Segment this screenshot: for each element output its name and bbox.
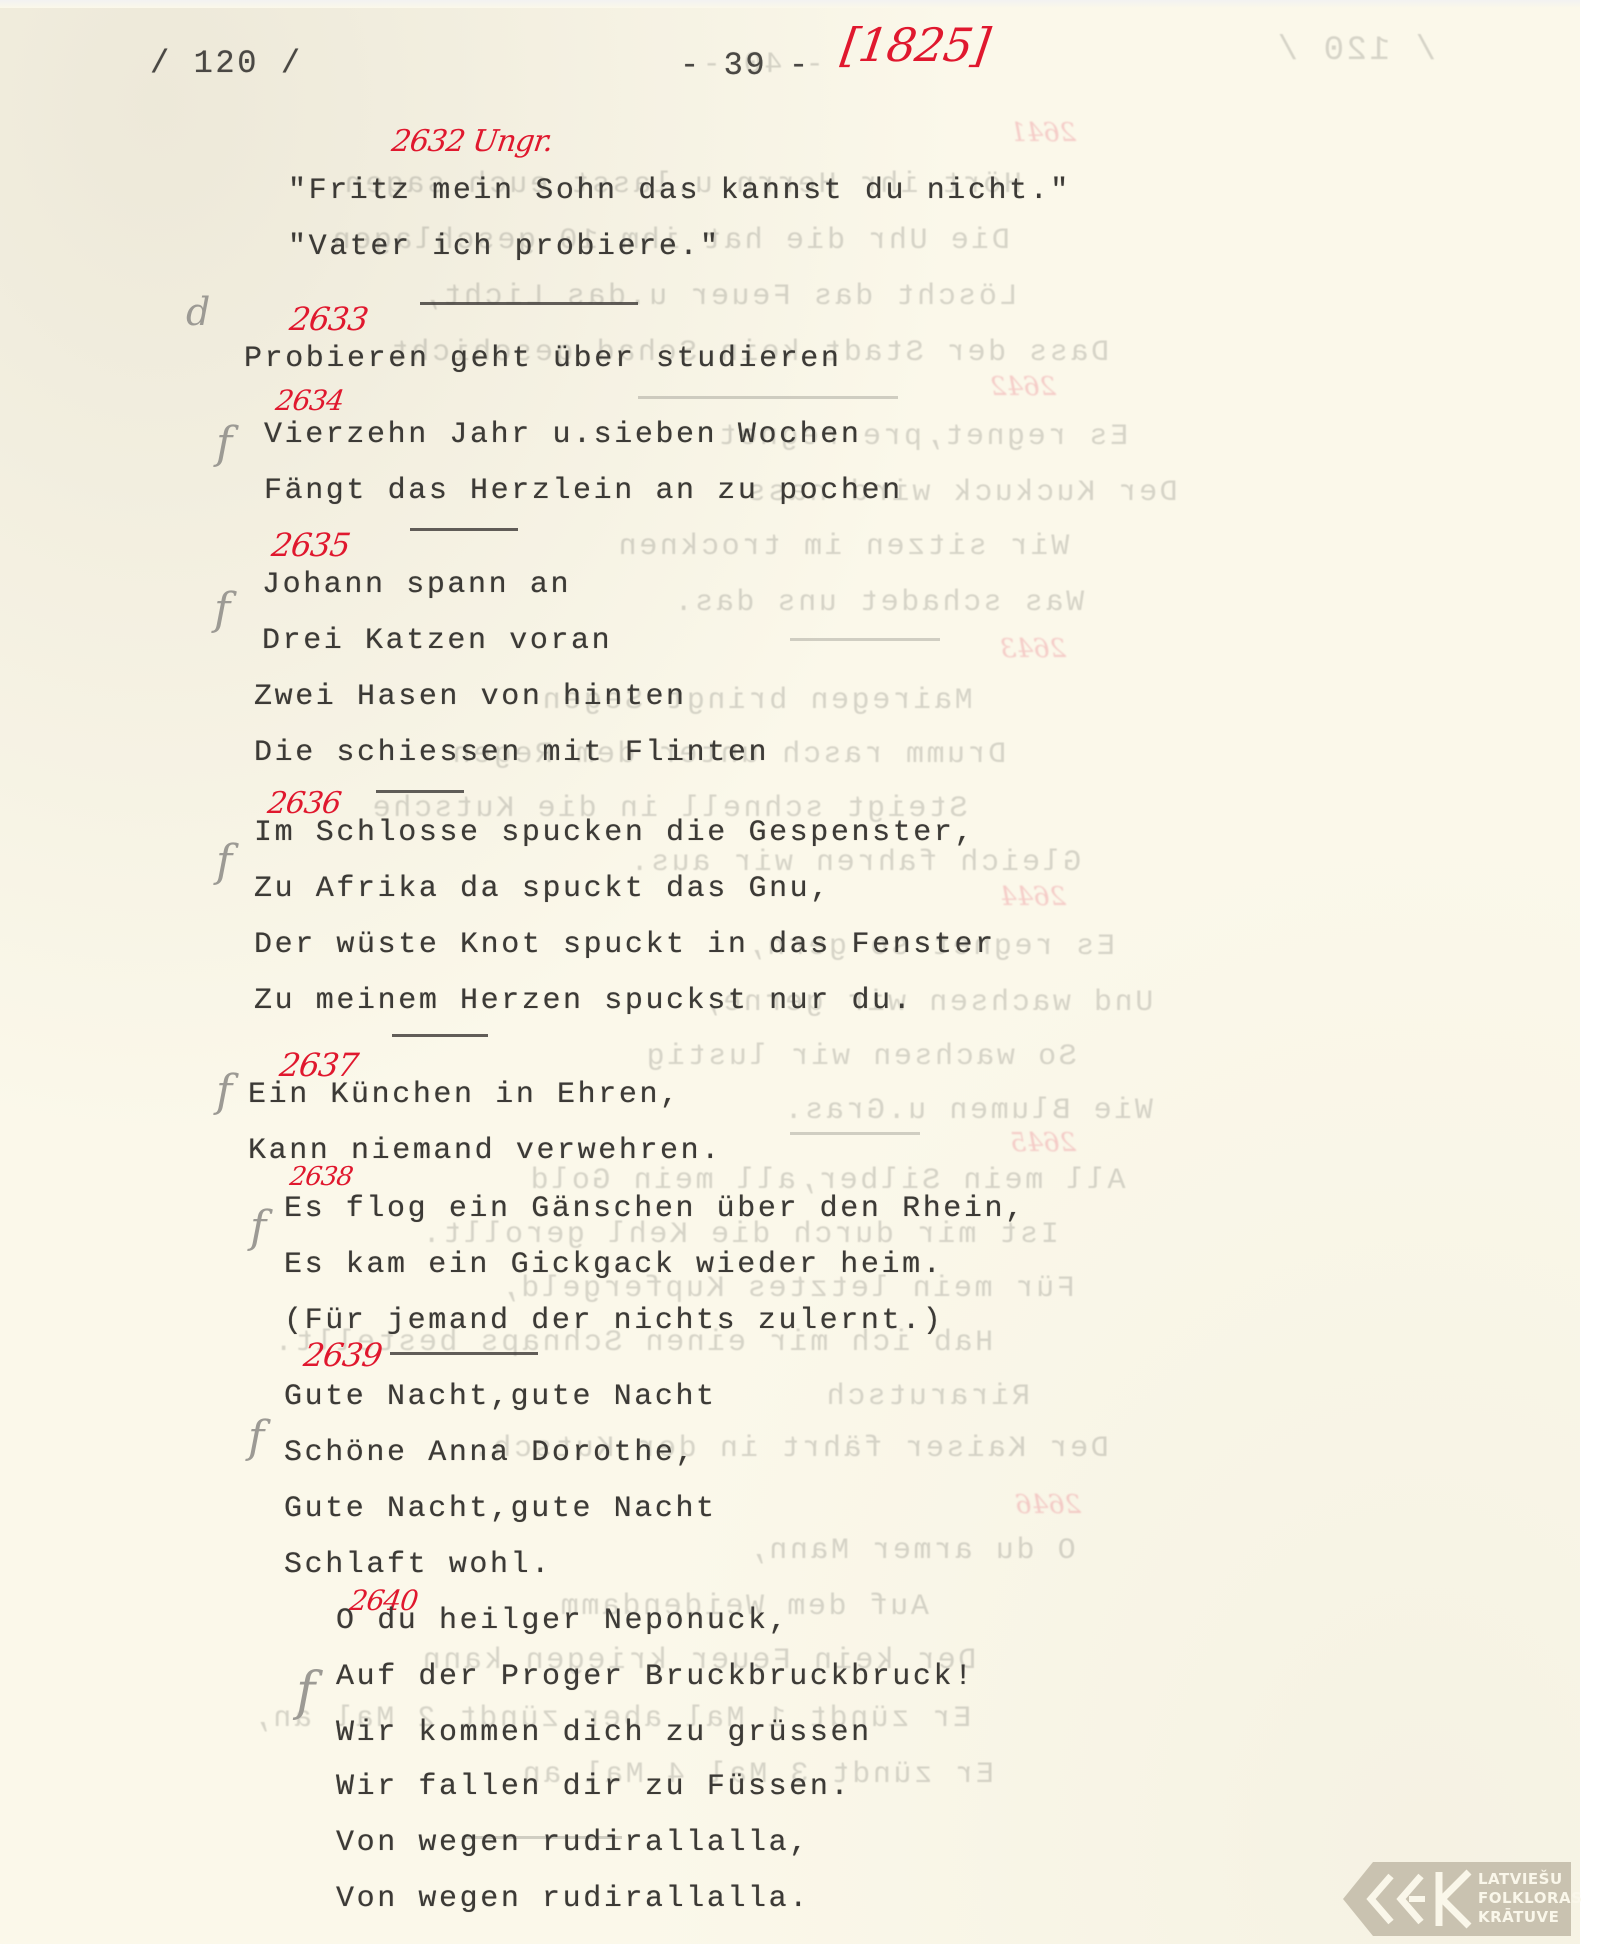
bleed-red-number: 2644 [1000, 882, 1066, 912]
entry-2639-line-3: Gute Nacht,gute Nacht [284, 1494, 717, 1524]
entry-2635-line-4: Die schiessen mit Flinten [254, 738, 769, 768]
bleed-line: Was schadet uns das. [672, 586, 1084, 620]
separator-rule [376, 790, 464, 793]
entry-2634-line-2: Fängt das Herzlein an zu pochen [264, 476, 903, 506]
entry-number-2639: 2639 [301, 1336, 384, 1374]
margin-mark-2633: d [186, 290, 210, 334]
entry-2639-line-1: Gute Nacht,gute Nacht [284, 1382, 717, 1412]
separator-rule [390, 1352, 538, 1355]
entry-2636-line-2: Zu Afrika da spuckt das Gnu, [254, 874, 831, 904]
bleed-rule [638, 396, 898, 399]
entry-2640-line-3: Wir kommen dich zu grüssen [336, 1718, 872, 1748]
logo-line-1: LATVIEŠU [1478, 1870, 1582, 1889]
entry-number-2633: 2633 [287, 300, 370, 338]
entry-2640-line-5: Von wegen rudirallalla, [336, 1828, 810, 1858]
page-reference: / 120 / [150, 48, 303, 80]
entry-2636-line-1: Im Schlosse spucken die Gespenster, [254, 818, 975, 848]
margin-mark-2634: f [216, 418, 232, 469]
entry-2635-line-2: Drei Katzen voran [262, 626, 612, 656]
bleed-line: Löscht das Feuer u.das Licht, [420, 280, 1018, 314]
entry-2634-line-1: Vierzehn Jahr u.sieben Wochen [264, 420, 862, 450]
entry-2635-line-3: Zwei Hasen von hinten [254, 682, 687, 712]
entry-2637-line-1: Ein Künchen in Ehren, [248, 1080, 681, 1110]
entry-number-2634: 2634 [274, 384, 346, 417]
entry-2638-line-2: Es kam ein Gickgack wieder heim. [284, 1250, 943, 1280]
margin-mark-2635: f [214, 584, 230, 635]
separator-rule [420, 302, 638, 305]
page-top-edge [0, 0, 1580, 8]
entry-2640-line-4: Wir fallen dir zu Füssen. [336, 1772, 851, 1802]
bleed-page-ref: / 120 / [1275, 32, 1436, 70]
bleed-rule [790, 1132, 920, 1135]
separator-rule [410, 528, 518, 531]
margin-mark-2638: f [250, 1202, 266, 1253]
entry-2632-line-2: "Vater ich probiere." [288, 232, 721, 262]
page-number: - 39 - [680, 50, 811, 82]
entry-2632-line-1: "Fritz mein Sohn das kannst du nicht." [288, 176, 1071, 206]
entry-number-2638: 2638 [288, 1162, 354, 1192]
logo-text: LATVIEŠU FOLKLORAS KRĀTUVE [1478, 1870, 1582, 1927]
bleed-rule [790, 638, 940, 641]
entry-number-2635: 2635 [269, 526, 352, 564]
entry-2639-line-4: Schlaft wohl. [284, 1550, 552, 1580]
bleed-red-number: 2642 [990, 372, 1056, 402]
margin-mark-2640: f [296, 1662, 315, 1722]
bleed-red-number: 2646 [1015, 1490, 1081, 1520]
entry-number-2632: 2632 Ungr. [390, 124, 555, 159]
bleed-line: Rirarutsch [824, 1380, 1030, 1414]
entry-2638-line-1: Es flog ein Gänschen über den Rhein, [284, 1194, 1026, 1224]
bleed-red-number: 2643 [1000, 634, 1066, 664]
entry-2639-line-2: Schöne Anna Dorothe, [284, 1438, 696, 1468]
logo-line-3: KRĀTUVE [1478, 1908, 1582, 1927]
entry-2640-line-6: Von wegen rudirallalla. [336, 1884, 810, 1914]
entry-2638-line-3: (Für jemand der nichts zulernt.) [284, 1306, 943, 1336]
separator-rule [392, 1034, 488, 1037]
entry-2636-line-3: Der wüste Knot spuckt in das Fenster [254, 930, 996, 960]
margin-mark-2639: f [248, 1412, 264, 1463]
bleed-line: Wie Blumen u.Gras. [782, 1094, 1153, 1128]
bleed-red-number: 2645 [1010, 1128, 1076, 1158]
entry-2635-line-1: Johann spann an [262, 570, 571, 600]
entry-2640-line-2: Auf der Proger Bruckbruckbruck! [336, 1662, 975, 1692]
entry-2640-line-1: O du heilger Neponuck, [336, 1606, 789, 1636]
logo-line-2: FOLKLORAS [1478, 1889, 1582, 1908]
archive-number: [1825] [838, 18, 993, 72]
bleed-red-number: 2641 [1010, 118, 1076, 148]
entry-2636-line-4: Zu meinem Herzen spuckst nur du. [254, 986, 913, 1016]
bleed-line: So wachsen wir lustig [644, 1040, 1077, 1074]
margin-mark-2637: f [216, 1066, 232, 1117]
bleed-line: O du armer Mann, [746, 1534, 1076, 1568]
margin-mark-2636: f [216, 836, 232, 887]
entry-2633-line-1: Probieren geht über studieren [244, 344, 842, 374]
bleed-line: Wir sitzen im trocknen [616, 530, 1069, 564]
